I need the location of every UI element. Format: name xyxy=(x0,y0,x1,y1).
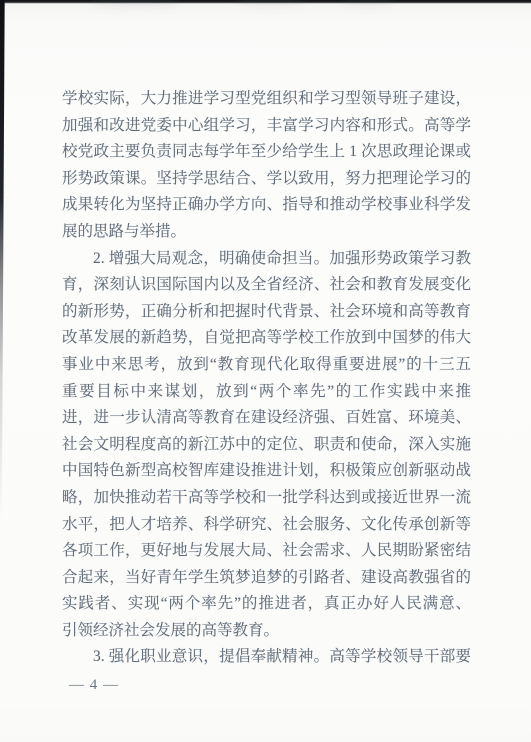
text-line: 进，进一步认清高等教育在建设经济强、百姓富、环境美、 xyxy=(62,405,471,432)
text-line: 中国特色新型高校智库建设推进计划，积极策应创新驱动战 xyxy=(62,458,471,485)
text-line: 3. 强化职业意识，提倡奉献精神。高等学校领导干部要 xyxy=(62,644,471,671)
text-line: 合起来，当好青年学生筑梦追梦的引路者、建设高教强省的 xyxy=(62,565,471,592)
text-line: 育，深刻认识国际国内以及全省经济、社会和教育发展变化 xyxy=(62,272,471,299)
text-line: 2. 增强大局观念，明确使命担当。加强形势政策学习教 xyxy=(62,246,471,273)
text-line: 各项工作，更好地与发展大局、社会需求、人民期盼紧密结 xyxy=(62,538,471,565)
text-line: 事业中来思考，放到“教育现代化取得重要进展”的十三五 xyxy=(62,352,471,379)
scan-smudge xyxy=(340,0,395,6)
scan-edge-left xyxy=(0,0,6,520)
text-line: 加强和改进党委中心组学习，丰富学习内容和形式。高等学 xyxy=(62,113,471,140)
text-line: 校党政主要负责同志每学年至少给学生上 1 次思政理论课或 xyxy=(62,139,471,166)
scan-smudge xyxy=(235,0,305,6)
text-line: 的新形势，正确分析和把握时代背景、社会环境和高等教育 xyxy=(62,299,471,326)
scan-smudge xyxy=(90,0,180,8)
text-line: 略，加快推动若干高等学校和一批学科达到或接近世界一流 xyxy=(62,485,471,512)
text-line: 社会文明程度高的新江苏中的定位、职责和使命，深入实施 xyxy=(62,432,471,459)
text-line: 实践者、实现“两个率先”的推进者，真正办好人民满意、 xyxy=(62,591,471,618)
body-text: 学校实际，大力推进学习型党组织和学习型领导班子建设，加强和改进党委中心组学习，丰… xyxy=(62,86,471,671)
text-line: 水平，把人才培养、科学研究、社会服务、文化传承创新等 xyxy=(62,512,471,539)
page-number: — 4 — xyxy=(69,676,119,695)
text-line: 引领经济社会发展的高等教育。 xyxy=(62,618,471,645)
text-line: 展的思路与举措。 xyxy=(62,219,471,246)
text-line: 学校实际，大力推进学习型党组织和学习型领导班子建设， xyxy=(62,86,471,113)
scanned-document-page: 学校实际，大力推进学习型党组织和学习型领导班子建设，加强和改进党委中心组学习，丰… xyxy=(0,0,531,742)
text-line: 重要目标中来谋划，放到“两个率先”的工作实践中来推 xyxy=(62,379,471,406)
text-line: 改革发展的新趋势，自觉把高等学校工作放到中国梦的伟大 xyxy=(62,325,471,352)
text-line: 形势政策课。坚持学思结合、学以致用，努力把理论学习的 xyxy=(62,166,471,193)
text-line: 成果转化为坚持正确办学方向、指导和推动学校事业科学发 xyxy=(62,192,471,219)
